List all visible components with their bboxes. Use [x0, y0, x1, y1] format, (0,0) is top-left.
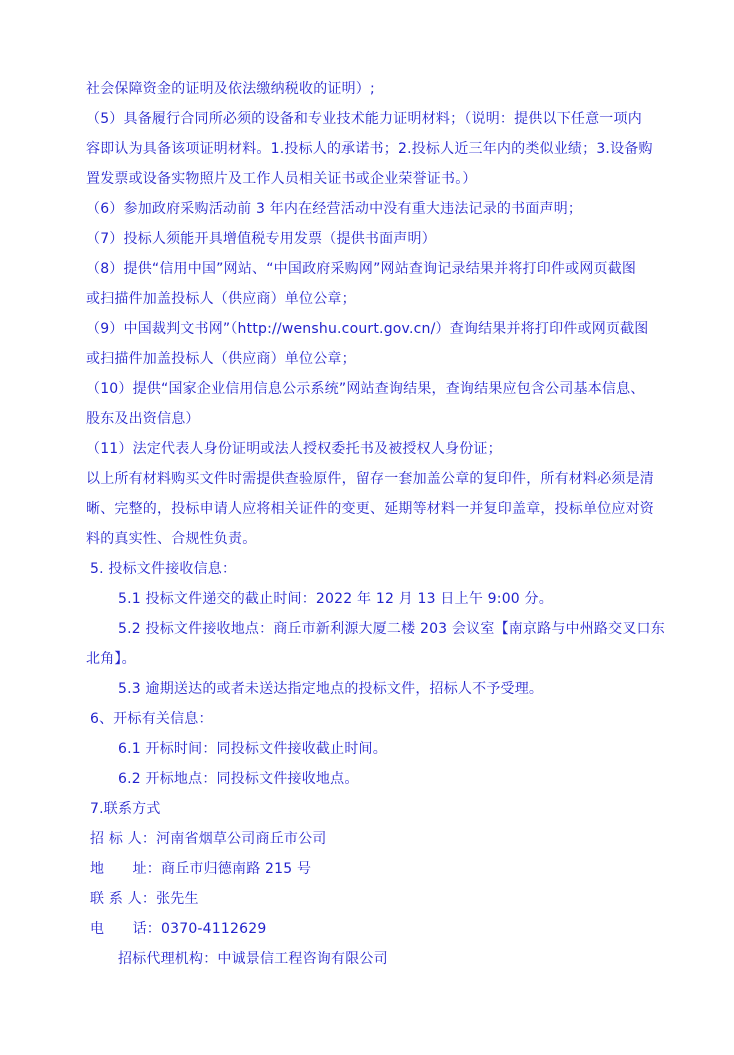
- text-line: 容即认为具备该项证明材料。1.投标人的承诺书；2.投标人近三年内的类似业绩；3.…: [86, 134, 686, 164]
- text-line: （11）法定代表人身份证明或法人授权委托书及被授权人身份证；: [86, 434, 686, 464]
- text-line: 联 系 人：张先生: [86, 884, 686, 914]
- text-line: 电 话：0370-4112629: [86, 914, 686, 944]
- text-line: （6）参加政府采购活动前 3 年内在经营活动中没有重大违法记录的书面声明；: [86, 194, 686, 224]
- document-text-block: 社会保障资金的证明及依法缴纳税收的证明）;（5）具备履行合同所必须的设备和专业技…: [86, 74, 686, 974]
- text-line: （10）提供“国家企业信用信息公示系统”网站查询结果，查询结果应包含公司基本信息…: [86, 374, 686, 404]
- text-line: （8）提供“信用中国”网站、“中国政府采购网”网站查询记录结果并将打印件或网页截…: [86, 254, 686, 284]
- text-line: 6.1 开标时间：同投标文件接收截止时间。: [86, 734, 686, 764]
- text-line: 7.联系方式: [86, 794, 686, 824]
- text-line: 5. 投标文件接收信息：: [86, 554, 686, 584]
- text-line: 以上所有材料购买文件时需提供查验原件，留存一套加盖公章的复印件，所有材料必须是清: [86, 464, 686, 494]
- text-line: （5）具备履行合同所必须的设备和专业技术能力证明材料；（说明：提供以下任意一项内: [86, 104, 686, 134]
- text-line: （7）投标人须能开具增值税专用发票（提供书面声明）: [86, 224, 686, 254]
- text-line: 社会保障资金的证明及依法缴纳税收的证明）;: [86, 74, 686, 104]
- text-line: 料的真实性、合规性负责。: [86, 524, 686, 554]
- text-line: 地 址：商丘市归德南路 215 号: [86, 854, 686, 884]
- text-line: （9）中国裁判文书网”（http://wenshu.court.gov.cn/）…: [86, 314, 686, 344]
- text-line: 5.1 投标文件递交的截止时间：2022 年 12 月 13 日上午 9:00 …: [86, 584, 686, 614]
- text-line: 或扫描件加盖投标人（供应商）单位公章；: [86, 344, 686, 374]
- text-line: 5.2 投标文件接收地点：商丘市新利源大厦二楼 203 会议室【南京路与中州路交…: [86, 614, 686, 644]
- document-page: 社会保障资金的证明及依法缴纳税收的证明）;（5）具备履行合同所必须的设备和专业技…: [0, 0, 734, 1055]
- text-line: 置发票或设备实物照片及工作人员相关证书或企业荣誉证书。）: [86, 164, 686, 194]
- text-line: 5.3 逾期送达的或者未送达指定地点的投标文件，招标人不予受理。: [86, 674, 686, 704]
- text-line: 6.2 开标地点：同投标文件接收地点。: [86, 764, 686, 794]
- text-line: 或扫描件加盖投标人（供应商）单位公章；: [86, 284, 686, 314]
- text-line: 招 标 人：河南省烟草公司商丘市公司: [86, 824, 686, 854]
- text-line: 晰、完整的，投标申请人应将相关证件的变更、延期等材料一并复印盖章，投标单位应对资: [86, 494, 686, 524]
- text-line: 股东及出资信息）: [86, 404, 686, 434]
- text-line: 招标代理机构：中诚景信工程咨询有限公司: [86, 944, 686, 974]
- text-line: 6、开标有关信息：: [86, 704, 686, 734]
- text-line: 北角】。: [86, 644, 686, 674]
